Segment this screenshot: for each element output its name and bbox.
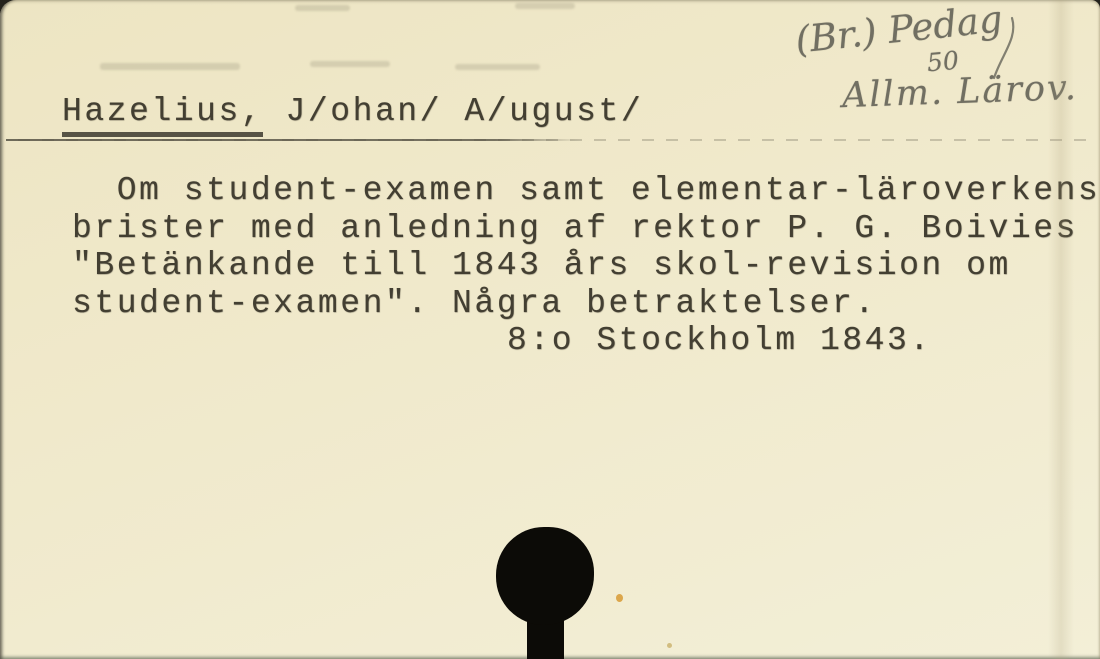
ink-smudge (515, 3, 575, 9)
shelfmark-annotation: (Br.) Pedag (793, 0, 1004, 62)
category-annotation: Allm. Lärov. (841, 68, 1078, 116)
header-rule-line (6, 139, 1092, 141)
author-surname: Hazelius, (62, 93, 263, 137)
paper-speck (667, 643, 672, 648)
card-body: Om student-examen samt elementar-lärover… (72, 172, 1100, 360)
paper-speck (616, 594, 623, 602)
pen-flourish (988, 16, 1022, 82)
author-forenames: J/ohan/ A/ugust/ (263, 93, 643, 130)
catalog-card: (Br.) Pedag 50 Allm. Lärov. Hazelius, J/… (0, 0, 1100, 659)
ink-smudge (455, 64, 540, 70)
body-line-4: student-examen". Några betraktelser. (72, 285, 1100, 323)
ink-smudge (100, 63, 240, 70)
scanned-catalog-card-image: (Br.) Pedag 50 Allm. Lärov. Hazelius, J/… (0, 0, 1100, 659)
author-heading: Hazelius, J/ohan/ A/ugust/ (62, 93, 643, 130)
body-line-3: "Betänkande till 1843 års skol-revision … (72, 247, 1100, 285)
ink-smudge (295, 5, 350, 11)
body-line-1: Om student-examen samt elementar-lärover… (72, 172, 1100, 210)
ink-smudge (310, 61, 390, 67)
body-line-2: brister med anledning af rektor P. G. Bo… (72, 210, 1100, 248)
paper-crease (1048, 0, 1074, 659)
imprint-line: 8:o Stockholm 1843. (507, 322, 1100, 360)
punch-hole (496, 527, 594, 625)
